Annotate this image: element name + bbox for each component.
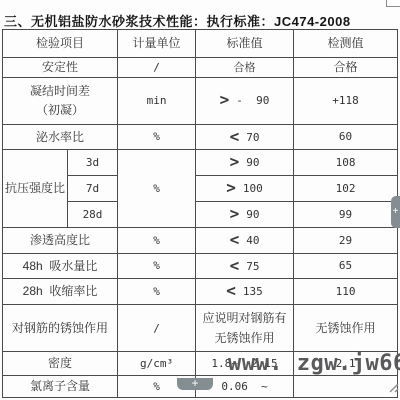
standard-value: 75 xyxy=(246,260,259,273)
item-line1: 凝结时间差 xyxy=(3,82,117,101)
cell-item-group: 抗压强度比 xyxy=(3,150,68,227)
cell-item: 密度 xyxy=(3,352,118,376)
plus-icon: + xyxy=(191,376,198,390)
compare-op: > xyxy=(230,204,240,223)
cell-measured: +118 xyxy=(294,77,398,124)
table-row: 28h 收缩率比 % <135 110 xyxy=(3,279,398,305)
expand-handle-right[interactable]: + xyxy=(391,196,400,228)
cell-standard: 合格 xyxy=(196,58,294,78)
cell-item: 安定性 xyxy=(3,58,118,78)
table-row: 凝结时间差 （初凝） min >- 90 +118 xyxy=(3,77,398,124)
cell-item: 28h 收缩率比 xyxy=(3,279,118,305)
cell-age: 28d xyxy=(68,201,118,227)
standard-value: 40 xyxy=(246,234,259,247)
table-row: 安定性 / 合格 合格 xyxy=(3,58,398,78)
standard-value: 135 xyxy=(243,285,263,298)
cell-measured: 合格 xyxy=(294,58,398,78)
table-row: 对钢筋的锈蚀作用 / 应说明对钢筋有无锈蚀作用 无锈蚀作用 xyxy=(3,305,398,352)
resize-corner-icon[interactable] xyxy=(388,380,399,391)
cell-standard: <40 xyxy=(196,227,294,253)
header-standard: 标准值 xyxy=(196,30,294,58)
header-item: 检验项目 xyxy=(3,30,118,58)
cell-measured: 108 xyxy=(294,150,398,176)
header-measured: 检测值 xyxy=(294,30,398,58)
cell-age: 3d xyxy=(68,150,118,176)
cell-unit: % xyxy=(118,253,196,279)
table-row: 48h 吸水量比 % <75 65 xyxy=(3,253,398,279)
cell-standard: >90 xyxy=(196,201,294,227)
cell-measured: 29 xyxy=(294,227,398,253)
compare-op: < xyxy=(226,281,236,300)
cell-unit: % xyxy=(118,150,196,227)
cell-measured: 99 xyxy=(294,201,398,227)
cell-unit: min xyxy=(118,77,196,124)
table-row: 泌水率比 % <70 60 xyxy=(3,124,398,150)
cell-measured: 65 xyxy=(294,253,398,279)
standard-value: 90 xyxy=(246,208,259,221)
cell-item: 对钢筋的锈蚀作用 xyxy=(3,305,118,352)
cell-measured: 60 xyxy=(294,124,398,150)
table-row: 渗透高度比 % <40 29 xyxy=(3,227,398,253)
cell-unit: / xyxy=(118,58,196,78)
cell-standard: >90 xyxy=(196,150,294,176)
compare-op: > xyxy=(220,90,230,109)
compare-op: > xyxy=(226,178,236,197)
expand-handle-bottom[interactable]: + xyxy=(177,378,213,390)
standard-value: 合格 xyxy=(234,61,256,74)
standard-value: 90 xyxy=(246,156,259,169)
compare-op: < xyxy=(230,256,240,275)
standard-value: 100 xyxy=(243,182,263,195)
cell-standard: 应说明对钢筋有无锈蚀作用 xyxy=(196,305,294,352)
item-line2: （初凝） xyxy=(3,101,117,120)
cell-standard: <135 xyxy=(196,279,294,305)
compare-op: < xyxy=(230,127,240,146)
partial-frame-corner xyxy=(386,0,400,7)
cell-standard: <75 xyxy=(196,253,294,279)
cell-standard: >- 90 xyxy=(196,77,294,124)
page: { "page": { "title": "三、无机铝盐防水砂浆技术性能：执行标… xyxy=(0,0,400,400)
cell-measured: 102 xyxy=(294,176,398,202)
cell-unit: / xyxy=(118,305,196,352)
cell-age: 7d xyxy=(68,176,118,202)
table-header-row: 检验项目 计量单位 标准值 检测值 xyxy=(3,30,398,58)
standard-value: 70 xyxy=(246,131,259,144)
compare-op: < xyxy=(230,230,240,249)
cell-standard: >100 xyxy=(196,176,294,202)
cell-item: 渗透高度比 xyxy=(3,227,118,253)
plus-icon: + xyxy=(393,206,399,217)
cell-item: 泌水率比 xyxy=(3,124,118,150)
standard-value: 0.06 ~ xyxy=(221,380,267,393)
cell-item: 48h 吸水量比 xyxy=(3,253,118,279)
cell-measured: 无锈蚀作用 xyxy=(294,305,398,352)
document-title: 三、无机铝盐防水砂浆技术性能：执行标准：JC474-2008 xyxy=(4,11,351,30)
standard-value: 应说明对钢筋有无锈蚀作用 xyxy=(199,308,291,349)
performance-table: 检验项目 计量单位 标准值 检测值 安定性 / 合格 合格 凝结时间差 （初凝）… xyxy=(2,29,398,398)
table-row: 抗压强度比 3d % >90 108 xyxy=(3,150,398,176)
standard-value: - 90 xyxy=(236,94,269,107)
cell-item: 凝结时间差 （初凝） xyxy=(3,77,118,124)
cell-unit: % xyxy=(118,124,196,150)
header-unit: 计量单位 xyxy=(118,30,196,58)
watermark-text: www. zgw.jw66. c xyxy=(228,351,400,376)
cell-measured: 110 xyxy=(294,279,398,305)
cell-measured xyxy=(294,376,398,398)
cell-unit: g/cm³ xyxy=(118,352,196,376)
cell-standard: <70 xyxy=(196,124,294,150)
compare-op: > xyxy=(230,152,240,171)
cell-item: 氯离子含量 xyxy=(3,376,118,398)
performance-table-grid: 检验项目 计量单位 标准值 检测值 安定性 / 合格 合格 凝结时间差 （初凝）… xyxy=(2,29,398,398)
cell-unit: % xyxy=(118,227,196,253)
cell-unit: % xyxy=(118,279,196,305)
